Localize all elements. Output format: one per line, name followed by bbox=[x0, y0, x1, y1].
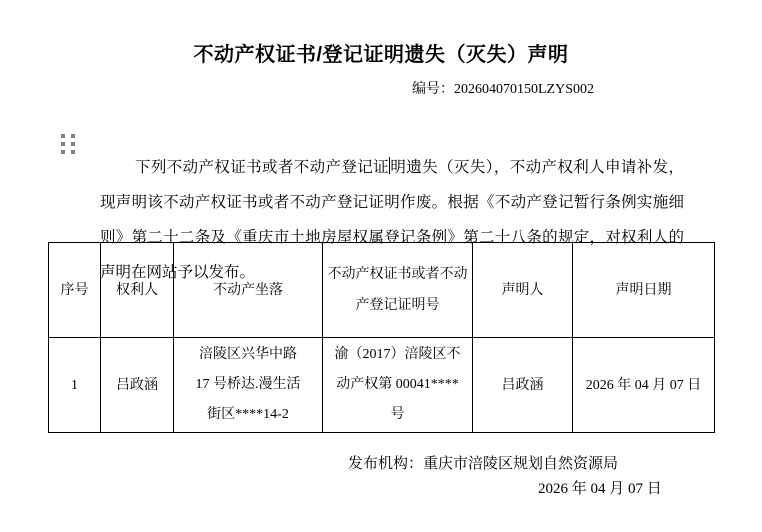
cell-holder: 吕政涵 bbox=[101, 338, 174, 433]
location-line: 17 号桥达.漫生活 bbox=[176, 370, 320, 400]
table-header-row: 序号 权利人 不动产坐落 不动产权证书或者不动产登记证明号 声明人 声明日期 bbox=[49, 243, 715, 338]
cell-seq: 1 bbox=[49, 338, 101, 433]
location-line: 涪陵区兴华中路 bbox=[176, 340, 320, 370]
header-cert-no: 不动产权证书或者不动产登记证明号 bbox=[323, 243, 473, 338]
header-date: 声明日期 bbox=[573, 243, 715, 338]
header-seq: 序号 bbox=[49, 243, 101, 338]
cert-no-line: 号 bbox=[325, 400, 470, 430]
cert-no-line: 渝（2017）涪陵区不 bbox=[325, 340, 470, 370]
table-row: 1 吕政涵 涪陵区兴华中路 17 号桥达.漫生活 街区****14-2 渝（20… bbox=[49, 338, 715, 433]
cell-date: 2026 年 04 月 07 日 bbox=[573, 338, 715, 433]
location-line: 街区****14-2 bbox=[176, 400, 320, 430]
document-page: 不动产权证书/登记证明遗失（灭失）声明 编号：202604070150LZYS0… bbox=[0, 0, 762, 532]
publish-date-line: 2026 年 04 月 07 日 bbox=[538, 477, 662, 498]
cert-no-line: 动产权第 00041**** bbox=[325, 370, 470, 400]
cell-declarant: 吕政涵 bbox=[473, 338, 573, 433]
doc-number: 编号：202604070150LZYS002 bbox=[412, 78, 594, 98]
header-holder: 权利人 bbox=[101, 243, 174, 338]
header-location: 不动产坐落 bbox=[174, 243, 323, 338]
header-declarant: 声明人 bbox=[473, 243, 573, 338]
loss-declaration-table: 序号 权利人 不动产坐落 不动产权证书或者不动产登记证明号 声明人 声明日期 1… bbox=[48, 242, 715, 433]
publisher-line: 发布机构：重庆市涪陵区规划自然资源局 bbox=[348, 452, 618, 473]
page-title: 不动产权证书/登记证明遗失（灭失）声明 bbox=[0, 38, 762, 67]
doc-number-value: 202604070150LZYS002 bbox=[454, 82, 594, 97]
drag-handle-icon[interactable] bbox=[61, 134, 75, 154]
statement-text-before-caret: 下列不动产权证书或者不动产登记证 bbox=[135, 159, 389, 176]
doc-number-label: 编号： bbox=[412, 82, 454, 97]
cell-cert-no: 渝（2017）涪陵区不 动产权第 00041**** 号 bbox=[323, 338, 473, 433]
cell-location: 涪陵区兴华中路 17 号桥达.漫生活 街区****14-2 bbox=[174, 338, 323, 433]
